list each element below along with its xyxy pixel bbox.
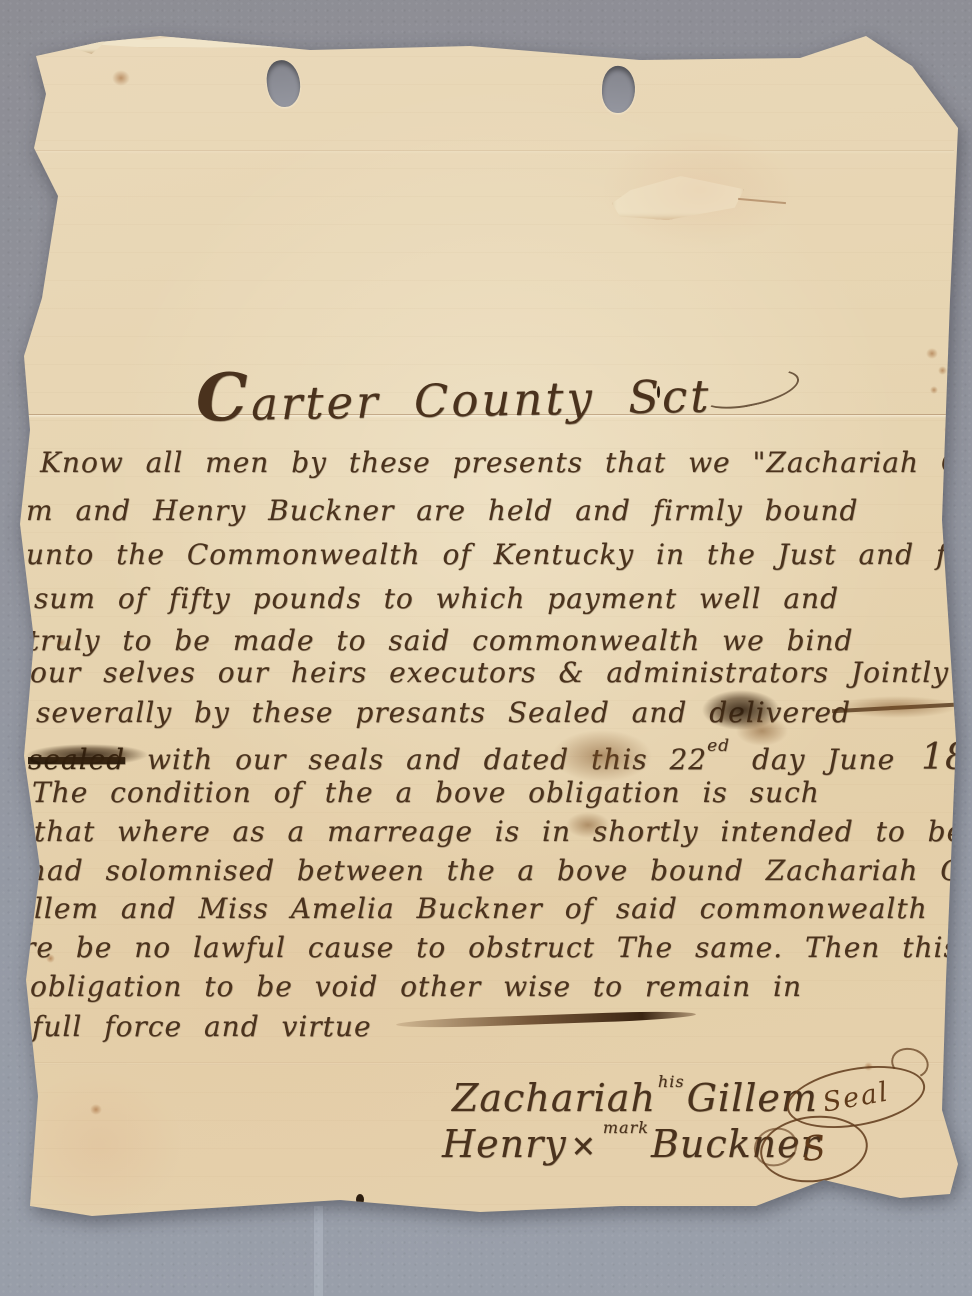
body-line-date: sealed with our seals and dated this 22e… (28, 736, 972, 778)
stain-spot (926, 348, 938, 359)
date-month: day June (730, 743, 895, 776)
closing-dash (395, 1010, 695, 1029)
signature-mark-note: mark (603, 1118, 649, 1137)
ink-blot (24, 744, 149, 766)
ink-smear (552, 730, 652, 782)
signature-x-mark: ✕ (571, 1130, 597, 1165)
fold-crease (22, 1062, 954, 1066)
body-line: sum of fifty pounds to which payment wel… (34, 582, 839, 615)
body-line: Know all men by these presents that we "… (40, 446, 972, 479)
body-line: re be no lawful cause to obstruct The sa… (22, 931, 959, 964)
body-line-final: full force and virtue (32, 1010, 696, 1043)
final-line-text: full force and virtue (32, 1010, 372, 1043)
seal-label: Seal (820, 1076, 892, 1118)
signature-mark-note: his (658, 1072, 685, 1091)
body-line: m and Henry Buckner are held and firmly … (26, 494, 858, 527)
body-line: illem and Miss Amelia Buckner of said co… (24, 892, 972, 925)
document-heading: Carter County Sct (195, 352, 711, 437)
body-line: that where as a marreage is in shortly i… (34, 815, 964, 848)
torn-top-edge (60, 30, 460, 48)
body-line: our selves our heirs executors & adminis… (30, 656, 972, 689)
fold-crease (22, 150, 954, 154)
seal-label: S (800, 1128, 827, 1170)
date-ordinal: ed (707, 736, 730, 756)
body-line: The condition of the a bove obligation i… (32, 776, 820, 809)
stain-spot (944, 426, 951, 433)
body-line: truly to be made to said commonwealth we… (28, 624, 853, 657)
document-paper: Carter County Sct Know all men by these … (0, 0, 972, 1296)
photo-of-document: Carter County Sct Know all men by these … (0, 0, 972, 1296)
date-year: 1845 (921, 737, 972, 778)
stain-wash (14, 1070, 184, 1220)
stain-spot (938, 366, 947, 375)
signature-gillem: ZachariahhisGillem (452, 1072, 818, 1120)
body-line: obligation to be void other wise to rema… (30, 970, 802, 1003)
body-line: unto the Commonwealth of Kentucky in the… (26, 538, 972, 571)
signature-first-name: Henry (442, 1122, 567, 1166)
stain-wash (600, 130, 800, 250)
signature-first-name: Zachariah (452, 1076, 656, 1120)
ink-smear (736, 716, 788, 746)
ink-speck (356, 1194, 364, 1205)
ink-smear (836, 696, 958, 718)
stain-spot (930, 386, 938, 394)
body-line: had solomnised between the a bove bound … (28, 854, 964, 887)
stain-spot (112, 70, 130, 86)
ink-smear (566, 812, 610, 838)
